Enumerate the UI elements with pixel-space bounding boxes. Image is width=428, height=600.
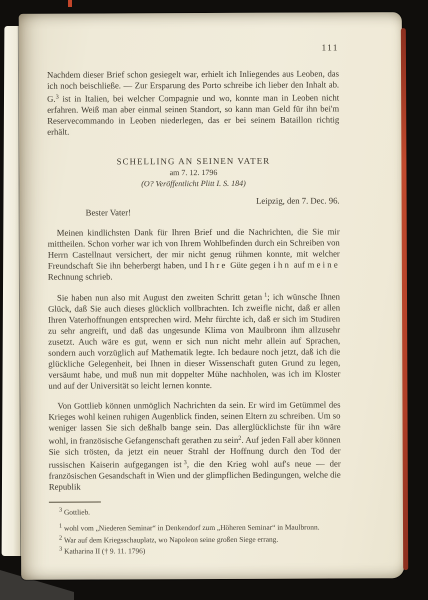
letter-heading-title: SCHELLING AN SEINEN VATER [47,155,339,167]
footnote-1-text: wohl vom „Niederen Seminar“ in Denkendor… [62,523,319,533]
para1-text-4: Rechnung schrieb. [48,271,113,281]
footnote-1: 1 wohl vom „Niederen Seminar“ in Denkend… [49,521,341,534]
para1-emphasis-meine: meine [308,259,340,269]
para1-text-2: Güte gegen [228,259,274,269]
letter-paragraph-1: Meinen kindlichsten Dank für Ihren Brief… [48,226,340,282]
letter-paragraph-2: Sie haben nun also mit August den zweite… [48,290,340,392]
book-page: 111 Nachdem dieser Brief schon gesiegelt… [19,12,404,580]
page-number: 111 [47,42,339,54]
letter-heading-source: (O? Veröffentlicht Plitt I. S. 184) [47,178,339,189]
para2-text-2: ; ich wünsche Ihnen Glück, daß Sie auch … [48,292,340,391]
footnote-group: 1 wohl vom „Niederen Seminar“ in Denkend… [49,521,341,556]
footnote-gottlieb-text: Gottlieb. [62,507,90,516]
red-edge-mark [68,0,72,7]
continuation-text-2: ist in Italien, bei welcher Compagnie un… [47,92,339,136]
letter-paragraph-3: Von Gottlieb können unmöglich Nachrichte… [48,400,340,493]
footnote-3: 3 Katharina II († 9. 11. 1796) [49,543,341,556]
letter-heading-block: SCHELLING AN SEINEN VATER am 7. 12. 1796… [47,155,339,189]
para1-text-3: auf [291,259,308,269]
footnote-2-text: War auf dem Kriegsschauplatz, wo Napoleo… [62,534,278,544]
para1-emphasis-ihre: Ihre [205,260,228,270]
footnote-gottlieb: 3 Gottlieb. [49,504,341,517]
para1-emphasis-ihn: ihn [273,259,291,269]
footnote-3-text: Katharina II († 9. 11. 1796) [62,546,145,555]
continuation-paragraph: Nachdem dieser Brief schon gesiegelt war… [47,68,339,137]
letter-salutation: Bester Vater! [48,206,340,218]
page-edge-stain [401,28,408,570]
letter-place-date: Leipzig, den 7. Dec. 96. [48,195,340,207]
footnote-block: 3 Gottlieb. 1 wohl vom „Niederen Seminar… [49,500,341,556]
book-scan: 111 Nachdem dieser Brief schon gesiegelt… [0,0,428,600]
letter-heading-date: am 7. 12. 1796 [47,167,339,178]
footnote-rule [49,501,101,502]
para2-text-1: Sie haben nun also mit August den zweite… [57,292,262,303]
page-content: 111 Nachdem dieser Brief schon gesiegelt… [47,42,341,556]
